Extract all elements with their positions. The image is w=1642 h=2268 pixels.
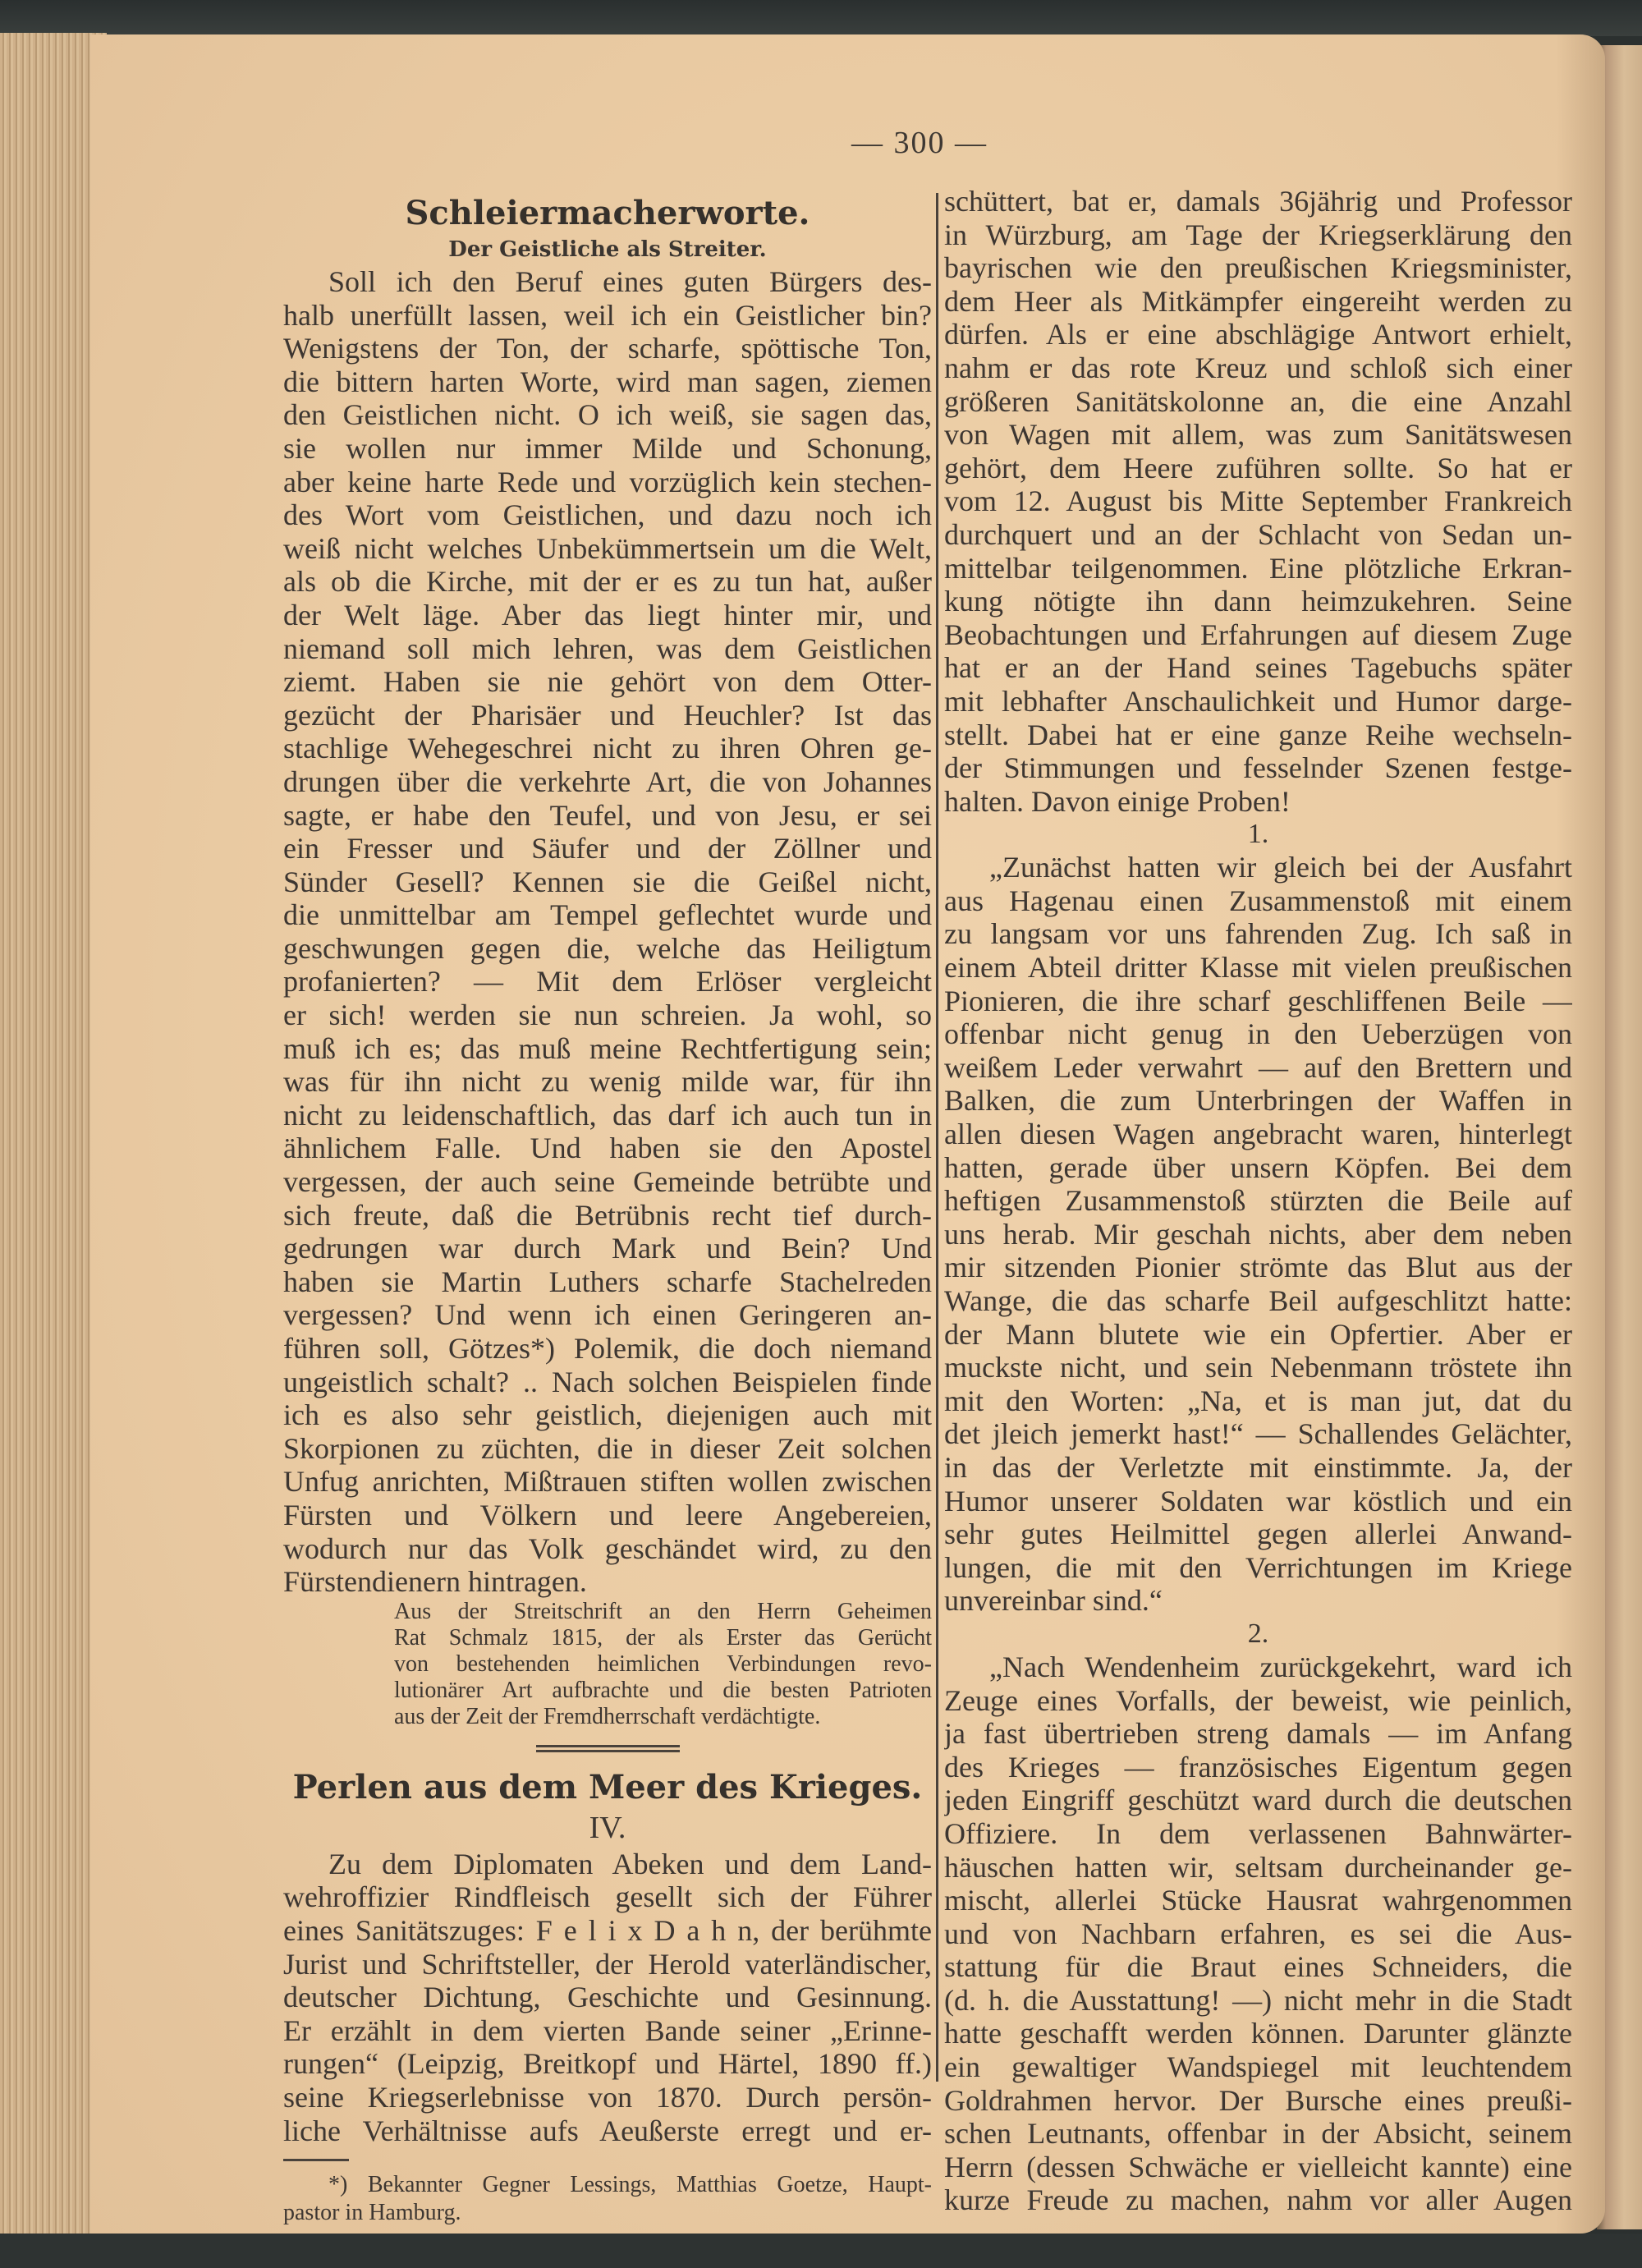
footnote-rule	[283, 2159, 349, 2161]
text-line: Goldrahmen hervor. Der Bursche eines pre…	[944, 2084, 1572, 2118]
text-line: drungen über die verkehrte Art, die von …	[283, 765, 932, 799]
text-line: sie wollen nur immer Milde und Schonung,	[283, 432, 932, 466]
text-line: heftigen Zusammenstoß stürzten die Beile…	[944, 1184, 1572, 1218]
text-line: (d. h. die Ausstattung! —) nicht mehr in…	[944, 1984, 1572, 2018]
text-line: durchquert und an der Schlacht von Sedan…	[944, 518, 1572, 552]
text-line: einem Abteil dritter Klasse mit vielen p…	[944, 951, 1572, 985]
text-line: lungen, die mit den Verrichtungen im Kri…	[944, 1551, 1572, 1585]
text-line: mittelbar teilgenommen. Eine plötzliche …	[944, 552, 1572, 585]
text-line: sich freute, daß die Betrübnis recht tie…	[283, 1199, 932, 1233]
text-line: der Welt läge. Aber das liegt hinter mir…	[283, 599, 932, 632]
text-line: lutionärer Art aufbrachte und die besten…	[394, 1678, 932, 1704]
book-scan: — 300 — Schleiermacherworte. Der Geistli…	[0, 0, 1642, 2268]
text-line: stellt. Dabei hat er eine ganze Reihe we…	[944, 719, 1572, 752]
article-body: Zu dem Diplomaten Abeken und dem Land-we…	[283, 1848, 932, 2147]
text-line: det jleich jemerkt hast!“ — Schallendes …	[944, 1417, 1572, 1451]
text-line: Pionieren, die ihre scharf geschliffenen…	[944, 985, 1572, 1018]
text-line: jeden Eingriff geschützt ward durch die …	[944, 1784, 1572, 1817]
text-line: stachlige Wehegeschrei nicht zu ihren Oh…	[283, 732, 932, 765]
text-line: stattung für die Braut eines Schneiders,…	[944, 1950, 1572, 1984]
text-line: sehr gutes Heilmittel gegen allerlei Anw…	[944, 1517, 1572, 1551]
text-line: wehroffizier Rindfleisch gesellt sich de…	[283, 1880, 932, 1914]
text-line: Humor unserer Soldaten war köstlich und …	[944, 1485, 1572, 1518]
text-line: gehört, dem Heere zuführen sollte. So ha…	[944, 452, 1572, 485]
text-line: zu langsam vor uns fahrenden Zug. Ich sa…	[944, 917, 1572, 951]
text-line: vergessen, der auch seine Gemeinde betrü…	[283, 1165, 932, 1199]
text-line: Offiziere. In dem verlassenen Bahnwärter…	[944, 1817, 1572, 1851]
text-line: pastor in Hamburg.	[283, 2199, 932, 2227]
text-line: Herrn (dessen Schwäche er vielleicht kan…	[944, 2151, 1572, 2184]
text-line: größeren Sanitätskolonne an, die eine An…	[944, 385, 1572, 419]
text-line: ein Fresser und Säufer und der Zöllner u…	[283, 832, 932, 865]
text-line: ein gewaltiger Wandspiegel mit leuchtend…	[944, 2050, 1572, 2084]
text-line: in das der Verletzte mit einstimmte. Ja,…	[944, 1451, 1572, 1485]
text-line: Unfug anrichten, Mißtrauen stiften wolle…	[283, 1465, 932, 1499]
section-number: 1.	[944, 818, 1572, 851]
text-line: aus der Zeit der Fremdherrschaft verdäch…	[394, 1704, 932, 1730]
text-line: haben sie Martin Luthers scharfe Stachel…	[283, 1265, 932, 1299]
text-line: muß ich es; das muß meine Rechtfertigung…	[283, 1032, 932, 1066]
text-line: aus Hagenau einen Zusammenstoß mit einem	[944, 884, 1572, 918]
text-line: halten. Davon einige Proben!	[944, 785, 1572, 819]
anecdote-1: „Zunächst hatten wir gleich bei der Ausf…	[944, 851, 1572, 1618]
text-line: Beobachtungen und Erfahrungen auf diesem…	[944, 618, 1572, 652]
text-line: uns herab. Mir geschah nichts, aber dem …	[944, 1218, 1572, 1251]
text-line: Zeuge eines Vorfalls, der beweist, wie p…	[944, 1684, 1572, 1718]
text-line: kurze Freude zu machen, nahm vor aller A…	[944, 2183, 1572, 2217]
article-title: Perlen aus dem Meer des Krieges.	[283, 1767, 932, 1808]
text-line: bayrischen wie den preußischen Kriegsmin…	[944, 251, 1572, 285]
text-line: hatte geschafft werden können. Darunter …	[944, 2017, 1572, 2050]
text-line: niemand soll mich lehren, was dem Geistl…	[283, 632, 932, 666]
text-line: Zu dem Diplomaten Abeken und dem Land-	[283, 1848, 932, 1881]
text-line: profanierten? — Mit dem Erlöser vergleic…	[283, 965, 932, 999]
text-line: die bittern harten Worte, wird man sagen…	[283, 365, 932, 399]
text-line: Er erzählt in dem vierten Bande seiner „…	[283, 2014, 932, 2048]
text-line: häuschen hatten wir, seltsam durcheinand…	[944, 1851, 1572, 1885]
text-line: mit den Worten: „Na, et is man jut, dat …	[944, 1384, 1572, 1418]
text-line: nicht zu leidenschaftlich, das darf ich …	[283, 1099, 932, 1132]
text-line: Wenigstens der Ton, der scharfe, spöttis…	[283, 332, 932, 365]
text-line: mit lebhafter Anschaulichkeit und Humor …	[944, 685, 1572, 719]
text-line: mir sitzenden Pionier strömte das Blut a…	[944, 1251, 1572, 1284]
text-line: Wange, die das scharfe Beil aufgeschlitz…	[944, 1284, 1572, 1318]
text-line: in Würzburg, am Tage der Kriegserklärung…	[944, 218, 1572, 252]
text-line: Rat Schmalz 1815, der als Erster das Ger…	[394, 1625, 932, 1651]
text-line: Aus der Streitschrift an den Herrn Gehei…	[394, 1599, 932, 1625]
text-line: Soll ich den Beruf eines guten Bürgers d…	[283, 265, 932, 299]
text-line: des Krieges — französisches Eigentum geg…	[944, 1751, 1572, 1784]
left-column: Schleiermacherworte. Der Geistliche als …	[283, 193, 932, 2227]
text-line: Balken, die zum Unterbringen der Waffen …	[944, 1084, 1572, 1118]
book-binding-top	[0, 0, 1642, 36]
text-line: die unmittelbar am Tempel geflechtet wur…	[283, 898, 932, 932]
text-line: vergessen? Und wenn ich einen Geringeren…	[283, 1298, 932, 1332]
text-line: den Geistlichen nicht. O ich weiß, sie s…	[283, 398, 932, 432]
text-line: deutscher Dichtung, Geschichte und Gesin…	[283, 1981, 932, 2014]
text-line: des Wort vom Geistlichen, und dazu noch …	[283, 498, 932, 532]
article-subtitle: Der Geistliche als Streiter.	[283, 234, 932, 265]
text-line: gezücht der Pharisäer und Heuchler? Ist …	[283, 699, 932, 732]
section-divider	[536, 1745, 680, 1752]
text-line: ziemt. Haben sie nie gehört von dem Otte…	[283, 665, 932, 699]
right-column: schüttert, bat er, damals 36jährig und P…	[944, 185, 1572, 2217]
text-line: unvereinbar sind.“	[944, 1584, 1572, 1618]
article-title: Schleiermacherworte.	[283, 193, 932, 234]
footnote: *) Bekannter Gegner Lessings, Matthias G…	[283, 2171, 932, 2227]
text-line: als ob die Kirche, mit der er es zu tun …	[283, 565, 932, 599]
text-line: schüttert, bat er, damals 36jährig und P…	[944, 185, 1572, 218]
text-line: Skorpionen zu züchten, die in dieser Zei…	[283, 1432, 932, 1466]
text-line: was für ihn nicht zu wenig milde war, fü…	[283, 1065, 932, 1099]
text-line: und von Nachbarn erfahren, es sei die Au…	[944, 1917, 1572, 1951]
text-line: „Zunächst hatten wir gleich bei der Ausf…	[944, 851, 1572, 884]
text-line: der Mann blutete wie ein Opfertier. Aber…	[944, 1318, 1572, 1352]
article-body-continued: schüttert, bat er, damals 36jährig und P…	[944, 185, 1572, 818]
text-line: muckste nicht, und sein Nebenmann tröste…	[944, 1351, 1572, 1384]
column-divider	[936, 193, 938, 2082]
anecdote-2: „Nach Wendenheim zurückgekehrt, ward ich…	[944, 1650, 1572, 2217]
text-line: *) Bekannter Gegner Lessings, Matthias G…	[283, 2171, 932, 2199]
page-number: — 300 —	[837, 125, 1002, 161]
text-line: liche Verhältnisse aufs Aeußerste erregt…	[283, 2114, 932, 2148]
text-line: mischt, allerlei Stücke Hausrat wahrgeno…	[944, 1884, 1572, 1917]
text-line: nahm er das rote Kreuz und schloß sich e…	[944, 351, 1572, 385]
text-line: rungen“ (Leipzig, Breitkopf und Härtel, …	[283, 2047, 932, 2081]
text-line: hatten, gerade über unsern Köpfen. Bei d…	[944, 1151, 1572, 1185]
text-line: weiß nicht welches Unbekümmertsein um di…	[283, 532, 932, 566]
text-line: sagte, er habe den Teufel, und von Jesu,…	[283, 799, 932, 833]
article-body: Soll ich den Beruf eines guten Bürgers d…	[283, 265, 932, 1599]
text-line: hat er an der Hand seines Tagebuchs spät…	[944, 651, 1572, 685]
text-line: der Stimmungen und fesselnder Szenen fes…	[944, 751, 1572, 785]
text-line: geschwungen gegen die, welche das Heilig…	[283, 932, 932, 966]
text-line: wodurch nur das Volk geschändet wird, zu…	[283, 1532, 932, 1566]
text-line: Jurist und Schriftsteller, der Herold va…	[283, 1948, 932, 1981]
text-line: von bestehenden heimlichen Verbindungen …	[394, 1651, 932, 1678]
text-line: aber keine harte Rede und vorzüglich kei…	[283, 466, 932, 499]
text-line: weißem Leder verwahrt — auf den Brettern…	[944, 1051, 1572, 1085]
text-line: Sünder Gesell? Kennen sie die Geißel nic…	[283, 865, 932, 899]
text-line: schen Leutnants, offenbar in der Absicht…	[944, 2117, 1572, 2151]
text-line: Fürstendienern hintragen.	[283, 1565, 932, 1599]
text-line: vom 12. August bis Mitte September Frank…	[944, 484, 1572, 518]
text-line: ähnlichem Falle. Und haben sie den Apost…	[283, 1132, 932, 1165]
book-binding-bottom	[0, 2234, 1642, 2268]
text-line: ich es also sehr geistlich, diejenigen a…	[283, 1398, 932, 1432]
text-line: eines Sanitätszuges: F e l i x D a h n, …	[283, 1914, 932, 1948]
text-line: er sich! werden sie nun schreien. Ja woh…	[283, 999, 932, 1032]
text-line: offenbar nicht genug in den Ueberzügen v…	[944, 1017, 1572, 1051]
text-line: führen soll, Götzes*) Polemik, die doch …	[283, 1332, 932, 1366]
section-number: 2.	[944, 1618, 1572, 1650]
text-line: gedrungen war durch Mark und Bein? Und	[283, 1232, 932, 1265]
text-line: seine Kriegserlebnisse von 1870. Durch p…	[283, 2081, 932, 2114]
text-line: halb unerfüllt lassen, weil ich ein Geis…	[283, 299, 932, 333]
text-line: dem Heer als Mitkämpfer eingereiht werde…	[944, 285, 1572, 319]
text-line: „Nach Wendenheim zurückgekehrt, ward ich	[944, 1650, 1572, 1684]
text-line: ja fast übertrieben streng damals — im A…	[944, 1717, 1572, 1751]
text-line: von Wagen mit allem, was zum Sanitätswes…	[944, 418, 1572, 452]
article-source-note: Aus der Streitschrift an den Herrn Gehei…	[394, 1599, 932, 1730]
text-line: Fürsten und Völkern und leere Angebereie…	[283, 1499, 932, 1532]
text-line: ungeistlich schalt? .. Nach solchen Beis…	[283, 1366, 932, 1399]
text-line: allen diesen Wagen angebracht waren, hin…	[944, 1118, 1572, 1151]
text-line: kung nötigte ihn dann heimzukehren. Sein…	[944, 585, 1572, 618]
part-number: IV.	[283, 1808, 932, 1848]
text-line: dürfen. Als er eine abschlägige Antwort …	[944, 318, 1572, 351]
